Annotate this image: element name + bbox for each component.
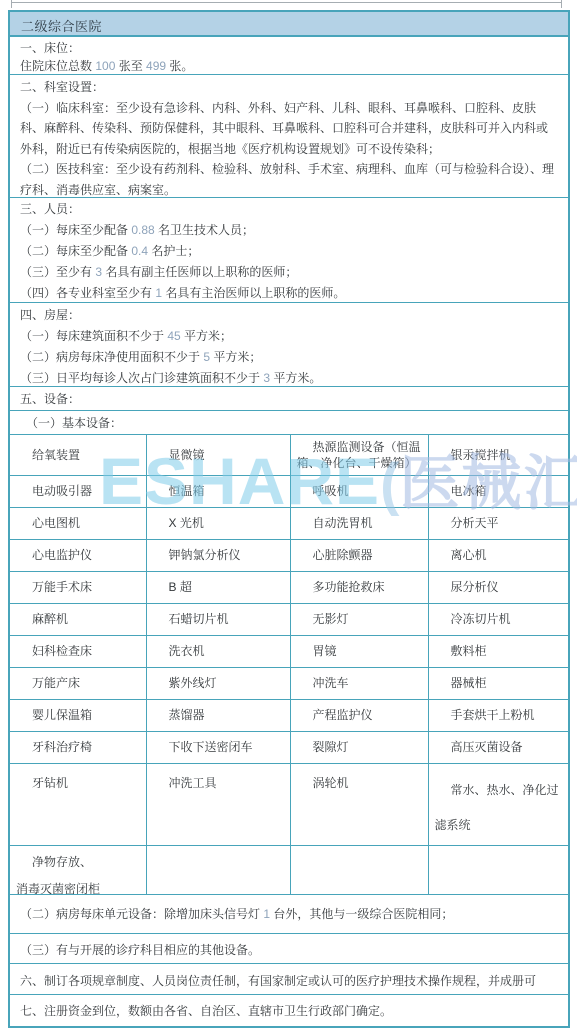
equipment-cell: 离心机 bbox=[428, 540, 568, 572]
table-row: 心电图机 X 光机 自动洗胃机 分析天平 bbox=[10, 508, 568, 540]
page: { "page": { "title": "二级综合医院" }, "sectio… bbox=[0, 0, 577, 1030]
table-title-bar: 二级综合医院 bbox=[10, 12, 568, 37]
equipment-cell: 高压灭菌设备 bbox=[428, 732, 568, 764]
rules-text: 六、制订各项规章制度、人员岗位责任制，有国家制定或认可的医疗护理技术操作规程，并… bbox=[20, 971, 558, 995]
equipment-cell: 万能手术床 bbox=[10, 572, 146, 604]
section-basic-equipment: （一）基本设备： 给氧装置 显微镜 热源监测设备（恒温 箱、净化台、干燥箱） 银… bbox=[10, 411, 568, 895]
equipment-cell bbox=[146, 846, 290, 896]
equipment-cell: 冷冻切片机 bbox=[428, 604, 568, 636]
unit-equipment-text: （二）病房每床单元设备：除增加床头信号灯 1 台外，其他与一级综合医院相同； bbox=[20, 904, 558, 924]
section-capital: 七、注册资金到位，数额由各省、自治区、直辖市卫生行政部门确定。 bbox=[10, 995, 568, 1026]
personnel-item: （一）每床至少配备 0.88 名卫生技术人员； bbox=[20, 220, 558, 241]
section-unit-equipment: （二）病房每床单元设备：除增加床头信号灯 1 台外，其他与一级综合医院相同； bbox=[10, 895, 568, 934]
equipment-cell: B 超 bbox=[146, 572, 290, 604]
housing-item: （一）每床建筑面积不少于 45 平方米； bbox=[20, 326, 558, 347]
section-beds-head: 一、床位： bbox=[20, 39, 558, 57]
equipment-cell: 恒温箱 bbox=[146, 476, 290, 508]
section-equipment-head: 五、设备： bbox=[20, 389, 558, 409]
table-row: 净物存放、 消毒灭菌密闭柜 bbox=[10, 846, 568, 896]
section-housing: 四、房屋： （一）每床建筑面积不少于 45 平方米； （二）病房每床净使用面积不… bbox=[10, 303, 568, 387]
section-beds-line: 住院床位总数 100 张至 499 张。 bbox=[20, 57, 558, 75]
equipment-cell: 自动洗胃机 bbox=[290, 508, 428, 540]
equipment-cell: 胃镜 bbox=[290, 636, 428, 668]
other-equipment-text: （三）有与开展的诊疗科目相应的其他设备。 bbox=[20, 940, 558, 960]
equipment-cell: 冲洗工具 bbox=[146, 764, 290, 846]
equipment-cell: 银汞搅拌机 bbox=[428, 435, 568, 476]
equipment-cell: 分析天平 bbox=[428, 508, 568, 540]
table-row: 妇科检查床 洗衣机 胃镜 敷料柜 bbox=[10, 636, 568, 668]
equipment-cell: 电动吸引器 bbox=[10, 476, 146, 508]
equipment-cell: X 光机 bbox=[146, 508, 290, 540]
equipment-cell: 心电图机 bbox=[10, 508, 146, 540]
capital-text: 七、注册资金到位，数额由各省、自治区、直辖市卫生行政部门确定。 bbox=[20, 1001, 558, 1021]
equipment-cell: 麻醉机 bbox=[10, 604, 146, 636]
equipment-cell: 显微镜 bbox=[146, 435, 290, 476]
equipment-cell: 多功能抢救床 bbox=[290, 572, 428, 604]
personnel-item: （四）各专业科室至少有 1 名具有主治医师以上职称的医师。 bbox=[20, 283, 558, 303]
table-row: 电动吸引器 恒温箱 呼吸机 电冰箱 bbox=[10, 476, 568, 508]
section-housing-head: 四、房屋： bbox=[20, 305, 558, 326]
section-personnel: 三、人员： （一）每床至少配备 0.88 名卫生技术人员； （二）每床至少配备 … bbox=[10, 198, 568, 303]
equipment-cell: 洗衣机 bbox=[146, 636, 290, 668]
page-title: 二级综合医院 bbox=[21, 19, 102, 34]
table-row: 心电监护仪 钾钠氯分析仪 心脏除颤器 离心机 bbox=[10, 540, 568, 572]
section-departments-head: 二、科室设置： bbox=[20, 77, 558, 98]
section-rules: 六、制订各项规章制度、人员岗位责任制，有国家制定或认可的医疗护理技术操作规程，并… bbox=[10, 964, 568, 995]
table-row: 万能产床 紫外线灯 冲洗车 器械柜 bbox=[10, 668, 568, 700]
equipment-cell: 心脏除颤器 bbox=[290, 540, 428, 572]
equipment-cell: 心电监护仪 bbox=[10, 540, 146, 572]
equipment-cell: 净物存放、 消毒灭菌密闭柜 bbox=[10, 846, 146, 896]
equipment-cell: 器械柜 bbox=[428, 668, 568, 700]
equipment-cell: 牙钻机 bbox=[10, 764, 146, 846]
basic-equipment-label: （一）基本设备： bbox=[10, 411, 568, 434]
equipment-cell: 手套烘干上粉机 bbox=[428, 700, 568, 732]
section-beds: 一、床位： 住院床位总数 100 张至 499 张。 bbox=[10, 37, 568, 75]
equipment-cell: 紫外线灯 bbox=[146, 668, 290, 700]
equipment-cell bbox=[290, 846, 428, 896]
table-row: 牙钻机 冲洗工具 涡轮机 常水、热水、净化过 滤系统 bbox=[10, 764, 568, 846]
equipment-cell: 电冰箱 bbox=[428, 476, 568, 508]
equipment-cell: 热源监测设备（恒温 箱、净化台、干燥箱） bbox=[290, 435, 428, 476]
personnel-item: （二）每床至少配备 0.4 名护士； bbox=[20, 241, 558, 262]
equipment-cell: 敷料柜 bbox=[428, 636, 568, 668]
equipment-cell: 下收下送密闭车 bbox=[146, 732, 290, 764]
table-row: 给氧装置 显微镜 热源监测设备（恒温 箱、净化台、干燥箱） 银汞搅拌机 bbox=[10, 435, 568, 476]
equipment-cell: 产程监护仪 bbox=[290, 700, 428, 732]
top-cut-border-horizontal bbox=[11, 2, 561, 3]
equipment-cell: 无影灯 bbox=[290, 604, 428, 636]
housing-item: （三）日平均每诊人次占门诊建筑面积不少于 3 平方米。 bbox=[20, 368, 558, 387]
housing-item: （二）病房每床净使用面积不少于 5 平方米； bbox=[20, 347, 558, 368]
equipment-cell bbox=[428, 846, 568, 896]
section-equipment-head-row: 五、设备： bbox=[10, 387, 568, 411]
section-departments: 二、科室设置： （一）临床科室：至少设有急诊科、内科、外科、妇产科、儿科、眼科、… bbox=[10, 75, 568, 198]
equipment-cell: 妇科检查床 bbox=[10, 636, 146, 668]
table-row: 万能手术床 B 超 多功能抢救床 尿分析仪 bbox=[10, 572, 568, 604]
clinical-departments-text: （一）临床科室：至少设有急诊科、内科、外科、妇产科、儿科、眼科、耳鼻喉科、口腔科… bbox=[20, 98, 558, 160]
hospital-standard-table: 二级综合医院 一、床位： 住院床位总数 100 张至 499 张。 二、科室设置… bbox=[8, 10, 570, 1028]
equipment-cell: 尿分析仪 bbox=[428, 572, 568, 604]
table-row: 牙科治疗椅 下收下送密闭车 裂隙灯 高压灭菌设备 bbox=[10, 732, 568, 764]
equipment-cell: 给氧装置 bbox=[10, 435, 146, 476]
section-other-equipment: （三）有与开展的诊疗科目相应的其他设备。 bbox=[10, 934, 568, 964]
personnel-item: （三）至少有 3 名具有副主任医师以上职称的医师； bbox=[20, 262, 558, 283]
equipment-cell: 呼吸机 bbox=[290, 476, 428, 508]
basic-equipment-table: 给氧装置 显微镜 热源监测设备（恒温 箱、净化台、干燥箱） 银汞搅拌机 电动吸引… bbox=[10, 434, 568, 895]
equipment-cell: 裂隙灯 bbox=[290, 732, 428, 764]
equipment-cell: 蒸馏器 bbox=[146, 700, 290, 732]
equipment-cell: 冲洗车 bbox=[290, 668, 428, 700]
equipment-cell: 涡轮机 bbox=[290, 764, 428, 846]
section-personnel-head: 三、人员： bbox=[20, 199, 558, 220]
table-row: 婴儿保温箱 蒸馏器 产程监护仪 手套烘干上粉机 bbox=[10, 700, 568, 732]
top-cut-border-right bbox=[561, 0, 562, 8]
medtech-departments-text: （二）医技科室：至少设有药剂科、检验科、放射科、手术室、病理科、血库（可与检验科… bbox=[20, 159, 558, 198]
equipment-cell: 钾钠氯分析仪 bbox=[146, 540, 290, 572]
top-cut-border-left bbox=[11, 0, 12, 8]
equipment-cell: 婴儿保温箱 bbox=[10, 700, 146, 732]
equipment-cell: 石蜡切片机 bbox=[146, 604, 290, 636]
table-row: 麻醉机 石蜡切片机 无影灯 冷冻切片机 bbox=[10, 604, 568, 636]
equipment-cell: 牙科治疗椅 bbox=[10, 732, 146, 764]
equipment-cell: 常水、热水、净化过 滤系统 bbox=[428, 764, 568, 846]
equipment-cell: 万能产床 bbox=[10, 668, 146, 700]
